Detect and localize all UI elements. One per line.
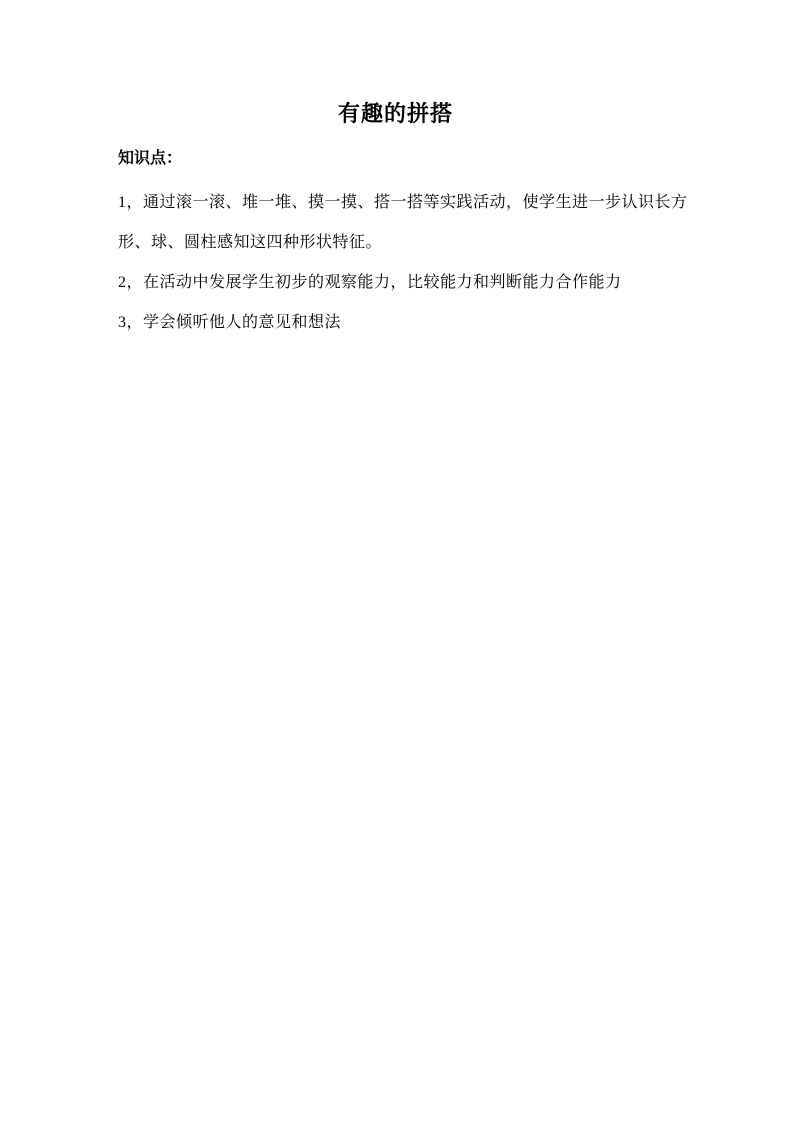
- knowledge-point-2: 2，在活动中发展学生初步的观察能力，比较能力和判断能力合作能力: [118, 263, 673, 303]
- section-heading-knowledge-points: 知识点：: [118, 148, 673, 170]
- document-page: 有趣的拼搭 知识点： 1，通过滚一滚、堆一堆、摸一摸、搭一搭等实践活动，使学生进…: [0, 0, 793, 1122]
- knowledge-points-list: 1，通过滚一滚、堆一堆、摸一摸、搭一搭等实践活动，使学生进一步认识长方 形、球、…: [118, 183, 673, 343]
- document-title: 有趣的拼搭: [118, 0, 673, 127]
- knowledge-point-1-line-2: 形、球、圆柱感知这四种形状特征。: [118, 223, 673, 263]
- knowledge-point-3: 3，学会倾听他人的意见和想法: [118, 303, 673, 343]
- knowledge-point-1-line-1: 1，通过滚一滚、堆一堆、摸一摸、搭一搭等实践活动，使学生进一步认识长方: [118, 183, 673, 223]
